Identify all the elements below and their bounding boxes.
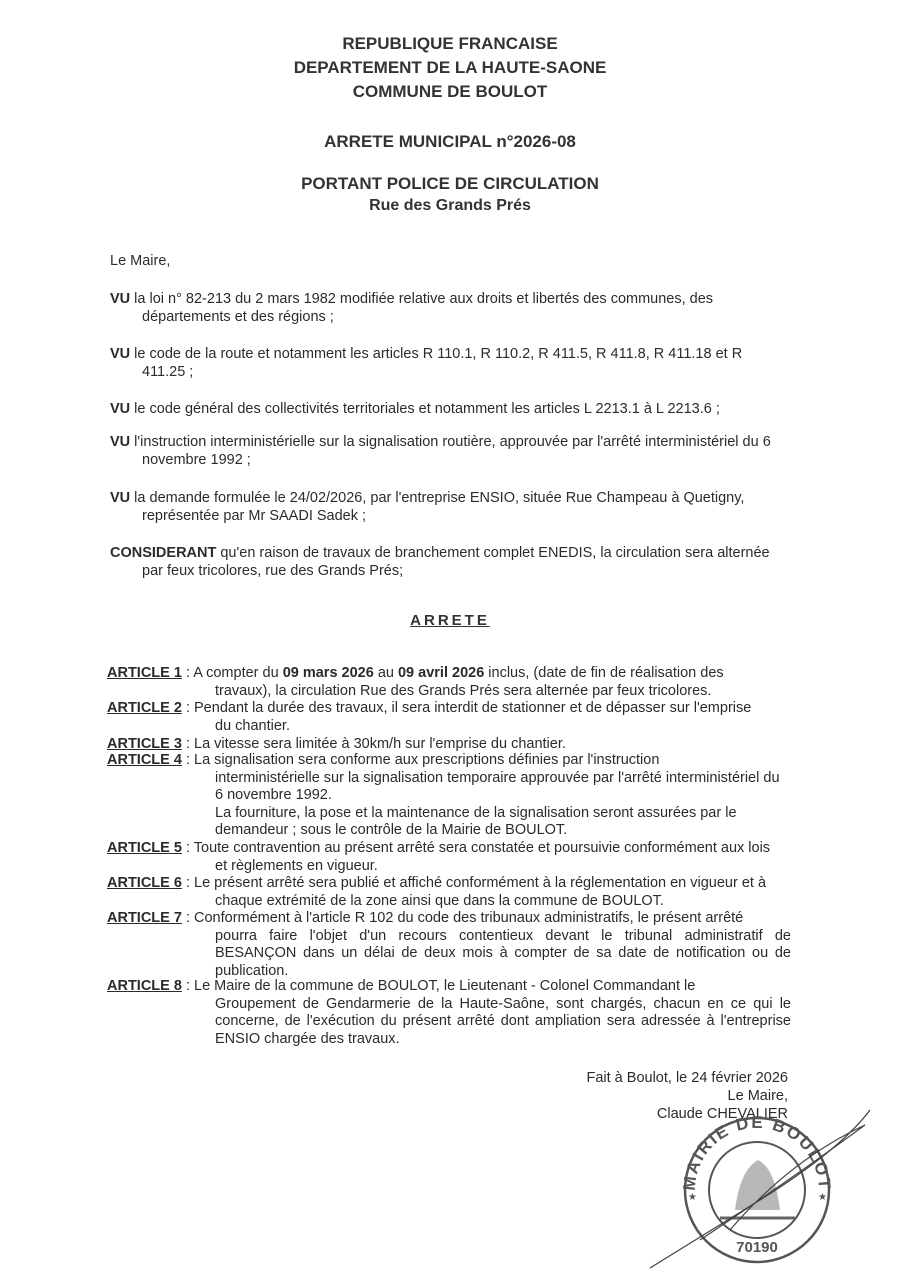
consideration-5: VU la demande formulée le 24/02/2026, pa… [110,489,800,525]
article-2: ARTICLE 2 : Pendant la durée des travaux… [107,700,791,735]
article-text-cont: Groupement de Gendarmerie de la Haute-Sa… [107,996,791,1049]
consideration-keyword: VU [110,401,130,417]
consideration-2: VU le code de la route et notamment les … [110,345,800,381]
mayor-intro: Le Maire, [110,252,800,270]
article-6: ARTICLE 6 : Le présent arrêté sera publi… [107,875,791,910]
article-label: ARTICLE 6 [107,875,182,891]
consideration-text-cont: novembre 1992 ; [110,451,800,469]
article-label: ARTICLE 3 [107,736,182,752]
article-sep: : [182,736,194,752]
article-label: ARTICLE 7 [107,910,182,926]
consideration-text: le code de la route et notamment les art… [130,346,742,362]
article-label: ARTICLE 4 [107,752,182,768]
article-text-cont: travaux), la circulation Rue des Grands … [107,683,791,701]
article-sep: : [182,840,194,856]
article-sep: : [182,875,194,891]
consideration-text: la demande formulée le 24/02/2026, par l… [130,490,744,506]
consideration-text-cont: départements et des régions ; [110,308,800,326]
article-text-cont: pourra faire l'objet d'un recours conten… [107,928,791,981]
article-text: La signalisation sera conforme aux presc… [194,752,659,768]
article-text: La vitesse sera limitée à 30km/h sur l'e… [194,736,566,752]
article-text-cont: interministérielle sur la signalisation … [107,770,791,805]
consideration-keyword: VU [110,346,130,362]
article-text: Toute contravention au présent arrêté se… [194,840,770,856]
consideration-text: la loi n° 82-213 du 2 mars 1982 modifiée… [130,291,713,307]
signature-place-date: Fait à Boulot, le 24 février 2026 [586,1070,788,1088]
consideration-text-cont: 411.25 ; [110,363,800,381]
article-sep: : [182,700,194,716]
header-commune: COMMUNE DE BOULOT [0,80,900,104]
article-1: ARTICLE 1 : A compter du 09 mars 2026 au… [107,665,791,700]
consideration-text: le code général des collectivités territ… [130,401,720,417]
consideration-4: VU l'instruction interministérielle sur … [110,433,800,469]
article-label: ARTICLE 2 [107,700,182,716]
consideration-keyword: VU [110,291,130,307]
article-text-cont: et règlements en vigueur. [107,858,791,876]
article-label: ARTICLE 5 [107,840,182,856]
svg-text:★: ★ [688,1192,697,1203]
article-text: Pendant la durée des travaux, il sera in… [194,700,751,716]
svg-text:★: ★ [818,1192,827,1203]
article-4: ARTICLE 4 : La signalisation sera confor… [107,752,791,840]
article-sep: : [182,978,194,994]
stamp-text-bottom: 70190 [736,1239,778,1256]
end-date: 09 avril 2026 [398,665,484,681]
article-text: inclus, (date de fin de réalisation des [484,665,723,681]
decree-number: ARRETE MUNICIPAL n°2026-08 [0,130,900,154]
consideration-text: qu'en raison de travaux de branchement c… [216,545,769,561]
article-text: Conformément à l'article R 102 du code d… [194,910,743,926]
consideration-keyword: CONSIDERANT [110,545,216,561]
consideration-1: VU la loi n° 82-213 du 2 mars 1982 modif… [110,290,800,326]
decree-subject: PORTANT POLICE DE CIRCULATION [0,172,900,196]
start-date: 09 mars 2026 [283,665,374,681]
article-8: ARTICLE 8 : Le Maire de la commune de BO… [107,978,791,1048]
consideration-text: l'instruction interministérielle sur la … [130,434,771,450]
article-text: Le présent arrêté sera publié et affiché… [194,875,766,891]
consideration-keyword: VU [110,434,130,450]
consideration-text-cont: représentée par Mr SAADI Sadek ; [110,507,800,525]
consideration-3: VU le code général des collectivités ter… [110,400,800,418]
article-label: ARTICLE 8 [107,978,182,994]
article-text: A compter du [193,665,282,681]
header-department: DEPARTEMENT DE LA HAUTE-SAONE [0,56,900,80]
article-7: ARTICLE 7 : Conformément à l'article R 1… [107,910,791,980]
decree-street: Rue des Grands Prés [0,194,900,218]
considerant: CONSIDERANT qu'en raison de travaux de b… [110,544,800,580]
document-page: REPUBLIQUE FRANCAISE DEPARTEMENT DE LA H… [0,0,900,1272]
article-5: ARTICLE 5 : Toute contravention au prése… [107,840,791,875]
article-3: ARTICLE 3 : La vitesse sera limitée à 30… [107,736,791,754]
article-text-cont: du chantier. [107,718,791,736]
consideration-text-cont: par feux tricolores, rue des Grands Prés… [110,562,800,580]
article-text: Le Maire de la commune de BOULOT, le Lie… [194,978,695,994]
arrete-heading: ARRETE [0,612,900,629]
article-text: au [374,665,398,681]
article-sep: : [182,910,194,926]
header-republic: REPUBLIQUE FRANCAISE [0,32,900,56]
article-label: ARTICLE 1 [107,665,182,681]
mairie-stamp-icon: MAIRIE DE BOULOT 70190 ★ ★ [640,1090,880,1270]
article-text-cont: La fourniture, la pose et la maintenance… [107,805,791,840]
article-sep: : [182,665,193,681]
consideration-keyword: VU [110,490,130,506]
article-text-cont: chaque extrémité de la zone ainsi que da… [107,893,791,911]
article-sep: : [182,752,194,768]
